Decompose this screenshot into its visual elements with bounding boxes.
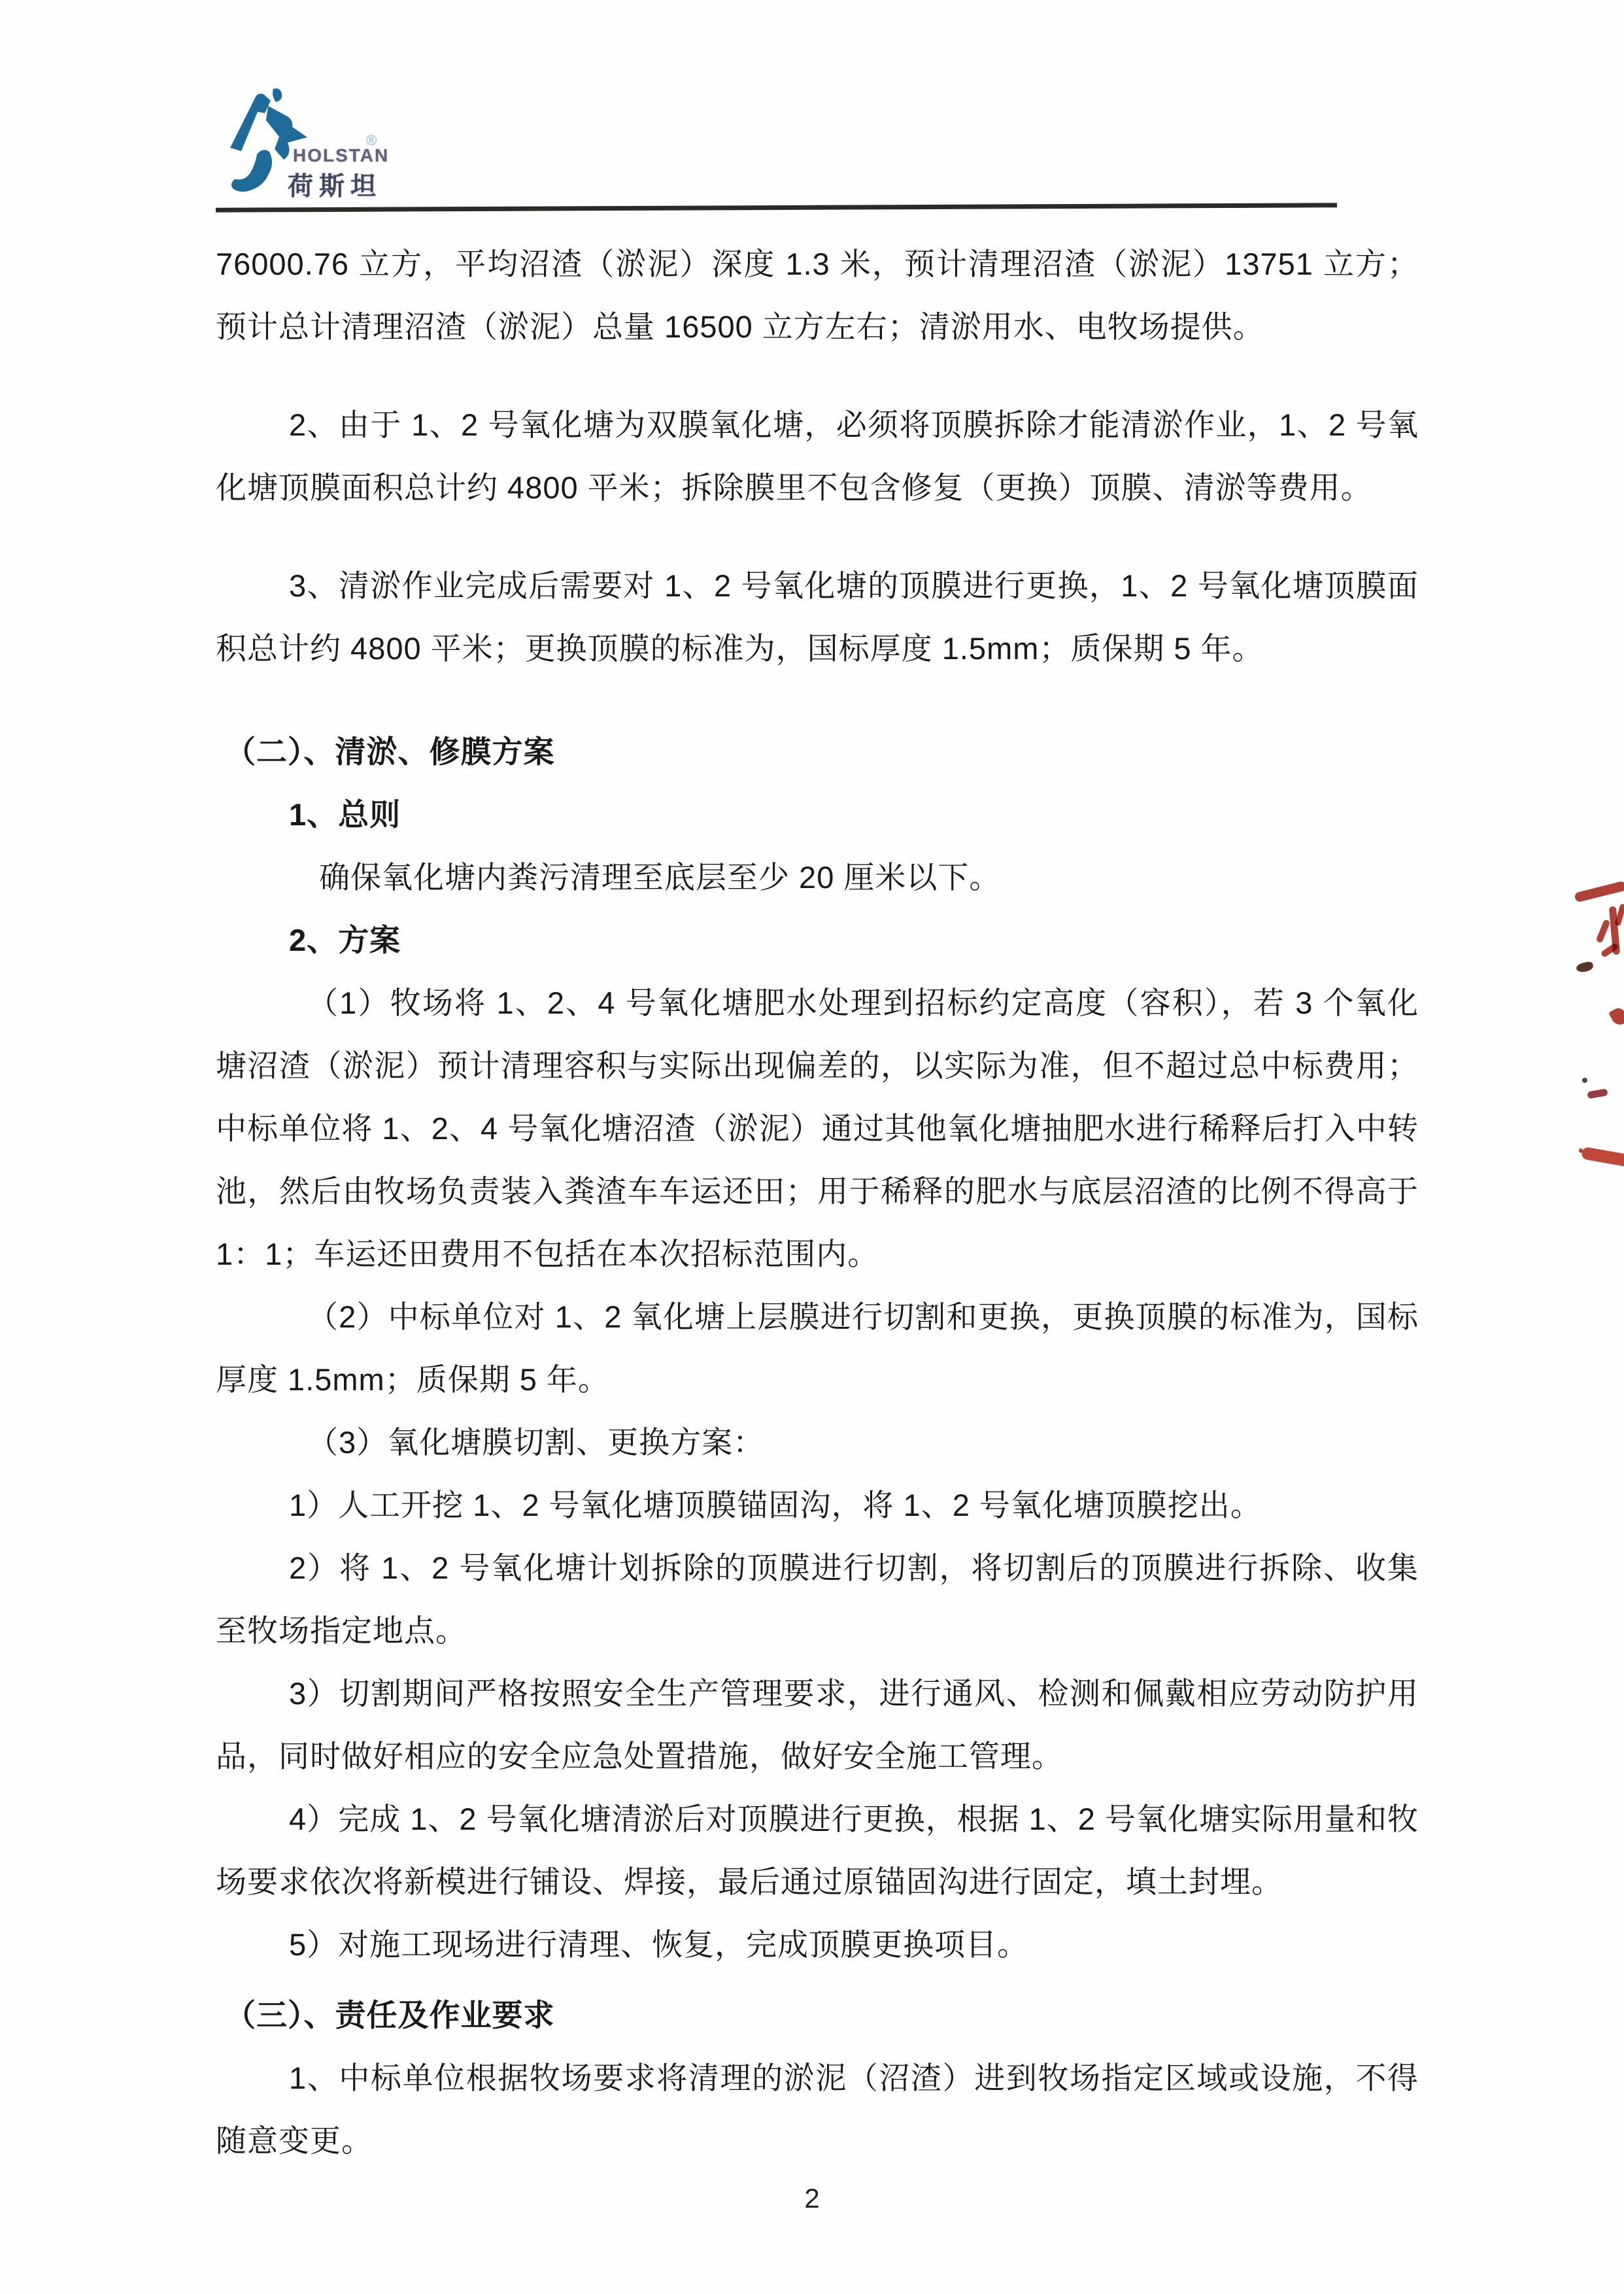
paragraph-plan-3: （3）氧化塘膜切割、更换方案：	[216, 1411, 1419, 1474]
stamp-stroke	[1608, 1006, 1624, 1027]
stamp-stroke	[1596, 919, 1611, 943]
paragraph-responsibility-1: 1、中标单位根据牧场要求将清理的淤泥（沼渣）进到牧场指定区域或设施，不得随意变更…	[216, 2047, 1419, 2172]
paragraph-item-2: 2、由于 1、2 号氧化塘为双膜氧化塘，必须将顶膜拆除才能清淤作业，1、2 号氧…	[216, 394, 1419, 519]
stamp-stroke	[1587, 1088, 1608, 1099]
stamp-stroke	[1574, 881, 1624, 903]
section-heading-2: （二）、清淤、修膜方案	[216, 721, 1419, 783]
paragraph-continued: 76000.76 立方，平均沼渣（淤泥）深度 1.3 米，预计清理沼渣（淤泥）1…	[216, 233, 1419, 358]
subheading-plan: 2、方案	[216, 909, 1419, 972]
scanned-document-page: HOLSTAN ® 荷斯坦 76000.76 立方，平均沼渣（淤泥）深度 1.3…	[0, 0, 1624, 2294]
paragraph-step-2: 2）将 1、2 号氧化塘计划拆除的顶膜进行切割，将切割后的顶膜进行拆除、收集至牧…	[216, 1537, 1419, 1662]
paragraph-general-rule: 确保氧化塘内粪污清理至底层至少 20 厘米以下。	[216, 846, 1419, 909]
paragraph-plan-1: （1）牧场将 1、2、4 号氧化塘肥水处理到招标约定高度（容积），若 3 个氧化…	[216, 972, 1419, 1286]
stamp-stroke	[1581, 1146, 1624, 1168]
company-logo: HOLSTAN ® 荷斯坦	[228, 85, 437, 209]
paragraph-step-4: 4）完成 1、2 号氧化塘清淤后对顶膜进行更换，根据 1、2 号氧化塘实际用量和…	[216, 1788, 1419, 1913]
page-number: 2	[0, 2183, 1624, 2214]
stamp-ink-blot	[1576, 961, 1595, 974]
subheading-general-rules: 1、总则	[216, 783, 1419, 846]
paragraph-step-3: 3）切割期间严格按照安全生产管理要求，进行通风、检测和佩戴相应劳动防护用品，同时…	[216, 1662, 1419, 1788]
paragraph-item-3: 3、清淤作业完成后需要对 1、2 号氧化塘的顶膜进行更换，1、2 号氧化塘顶膜面…	[216, 555, 1419, 680]
paragraph-plan-2: （2）中标单位对 1、2 氧化塘上层膜进行切割和更换，更换顶膜的标准为，国标厚度…	[216, 1286, 1419, 1411]
paragraph-step-5: 5）对施工现场进行清理、恢复，完成顶膜更换项目。	[216, 1913, 1419, 1976]
paragraph-step-1: 1）人工开挖 1、2 号氧化塘顶膜锚固沟，将 1、2 号氧化塘顶膜挖出。	[216, 1474, 1419, 1537]
logo-brand-chinese: 荷斯坦	[288, 166, 382, 203]
registered-trademark-icon: ®	[366, 132, 377, 149]
section-heading-3: （三）、责任及作业要求	[216, 1984, 1419, 2047]
document-body: 76000.76 立方，平均沼渣（淤泥）深度 1.3 米，预计清理沼渣（淤泥）1…	[216, 233, 1419, 2172]
stamp-ink-dot	[1582, 1078, 1587, 1083]
